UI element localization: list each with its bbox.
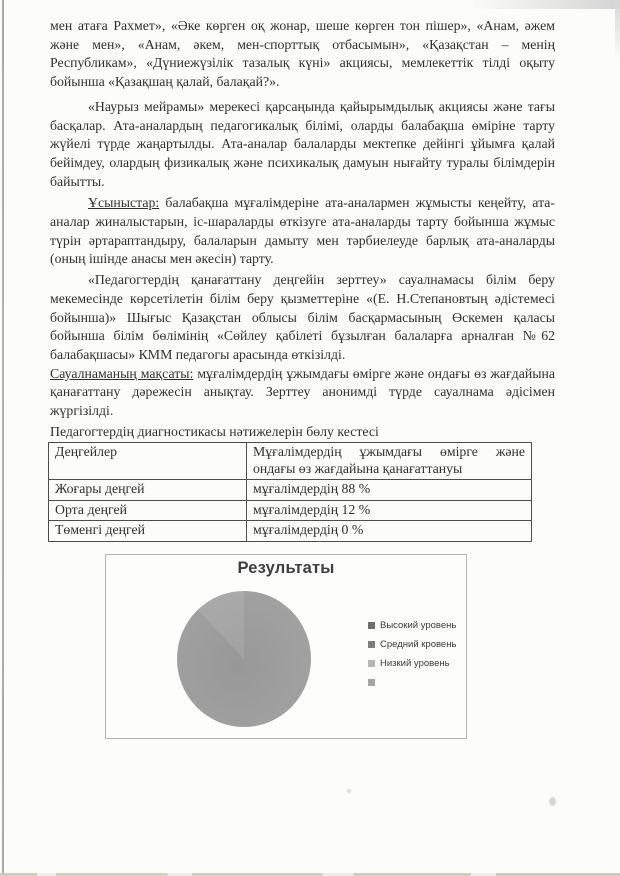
- scan-edge-left: [2, 0, 4, 876]
- table-caption: Педагогтердің диагностикасы нәтижелерін …: [50, 423, 555, 442]
- scan-shade-right-edge: [615, 0, 620, 60]
- document-body: мен атаға Рахмет», «Әке көрген оқ жонар,…: [50, 17, 555, 739]
- legend-item: [368, 676, 456, 690]
- table-header-row: Деңгейлер Мұғалімдердің ұжымдағы өмірге …: [49, 443, 532, 480]
- paragraph-lead-underlined: Сауалнаманың мақсаты:: [50, 366, 193, 381]
- scan-smudge: [549, 797, 556, 806]
- table-row: Жоғары деңгей мұғалімдердің 88 %: [49, 480, 532, 501]
- pie: [177, 591, 311, 727]
- legend-swatch-low: [368, 660, 375, 667]
- legend-item: Низкий уровень: [368, 657, 456, 671]
- table-header-cell: Мұғалімдердің ұжымдағы өмірге және ондағ…: [247, 443, 532, 480]
- pie-chart-panel: Результаты Высокий уровень Средний крове…: [105, 554, 467, 739]
- table-row: Орта деңгей мұғалімдердің 12 %: [49, 500, 532, 521]
- table-cell-value: мұғалімдердің 12 %: [247, 500, 532, 521]
- scan-shade-top-right: [470, 0, 620, 9]
- paragraph-nauryz: «Наурыз мейрамы» мерекесі қарсаңында қай…: [50, 98, 555, 192]
- legend-item: Средний кровень: [368, 638, 456, 652]
- legend-label: Низкий уровень: [380, 655, 450, 674]
- legend-item: Высокий уровень: [368, 619, 456, 633]
- scanned-document-page: мен атаға Рахмет», «Әке көрген оқ жонар,…: [0, 0, 620, 876]
- table-cell-level: Орта деңгей: [49, 500, 247, 521]
- paragraph-lead-underlined: Ұсыныстар:: [88, 195, 159, 210]
- legend-swatch-high: [368, 622, 375, 629]
- table-row: Төменгі деңгей мұғалімдердің 0 %: [49, 521, 532, 542]
- chart-legend: Высокий уровень Средний кровень Низкий у…: [368, 619, 456, 695]
- legend-label: Средний кровень: [380, 636, 456, 655]
- table-cell-value: мұғалімдердің 88 %: [247, 480, 532, 501]
- results-table: Деңгейлер Мұғалімдердің ұжымдағы өмірге …: [48, 442, 532, 542]
- paragraph-survey-goal: Сауалнаманың мақсаты: мұғалімдердің ұжым…: [50, 365, 555, 421]
- legend-label: Высокий уровень: [380, 617, 456, 636]
- legend-swatch-empty: [368, 679, 375, 686]
- table-cell-level: Төменгі деңгей: [49, 521, 247, 542]
- table-cell-value: мұғалімдердің 0 %: [247, 521, 532, 542]
- table-cell-level: Жоғары деңгей: [49, 480, 247, 501]
- table-header-cell: Деңгейлер: [49, 443, 247, 480]
- paragraph-continuation: мен атаға Рахмет», «Әке көрген оқ жонар,…: [50, 17, 555, 92]
- paragraph-recommendations: Ұсыныстар: балабақша мұғалімдеріне ата-а…: [50, 194, 555, 269]
- chart-title: Результаты: [106, 559, 466, 578]
- paragraph-survey: «Педагогтердің қанағаттану деңгейін зерт…: [50, 271, 555, 365]
- scan-smudge: [347, 789, 351, 793]
- legend-swatch-medium: [368, 641, 375, 648]
